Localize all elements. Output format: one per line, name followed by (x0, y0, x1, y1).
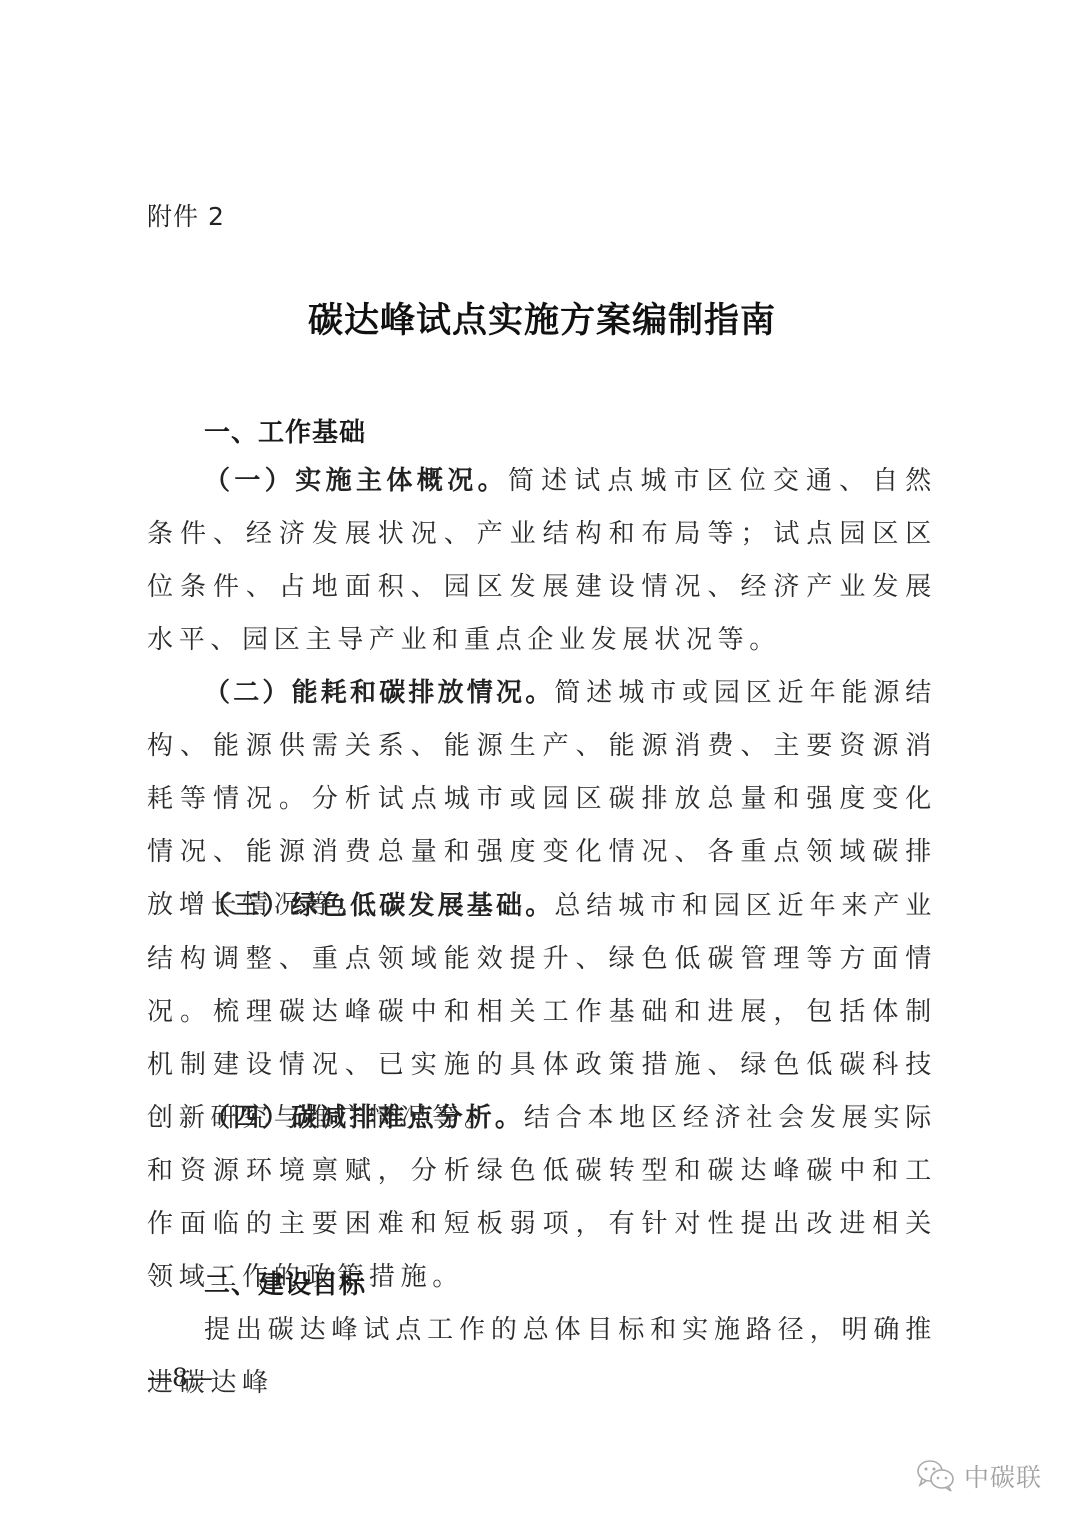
paragraph-lead: （二）能耗和碳排放情况。 (204, 678, 554, 708)
attachment-label: 附件 2 (147, 197, 225, 233)
wechat-icon (916, 1459, 956, 1493)
document-page: 附件 2 碳达峰试点实施方案编制指南 一、工作基础 （一）实施主体概况。简述试点… (0, 0, 1080, 1527)
paragraph-lead: （四）碳减排难点分析。 (204, 1103, 524, 1133)
page-number: —8— (147, 1363, 213, 1392)
paragraph-lead: （一）实施主体概况。 (204, 466, 508, 496)
paragraph-text: 提出碳达峰试点工作的总体目标和实施路径，明确推进碳达峰 (147, 1315, 937, 1398)
section-heading-work-basis: 一、工作基础 (204, 412, 366, 449)
paragraph-implementation-overview: （一）实施主体概况。简述试点城市区位交通、自然条件、经济发展状况、产业结构和布局… (147, 455, 937, 667)
section-heading-construction-goals: 二、建设目标 (204, 1264, 366, 1301)
paragraph-overall-goals: 提出碳达峰试点工作的总体目标和实施路径，明确推进碳达峰 (147, 1304, 937, 1410)
watermark-text: 中碳联 (964, 1458, 1042, 1494)
document-title: 碳达峰试点实施方案编制指南 (0, 293, 1080, 343)
paragraph-lead: （三）绿色低碳发展基础。 (204, 891, 554, 921)
watermark: 中碳联 (916, 1458, 1042, 1494)
